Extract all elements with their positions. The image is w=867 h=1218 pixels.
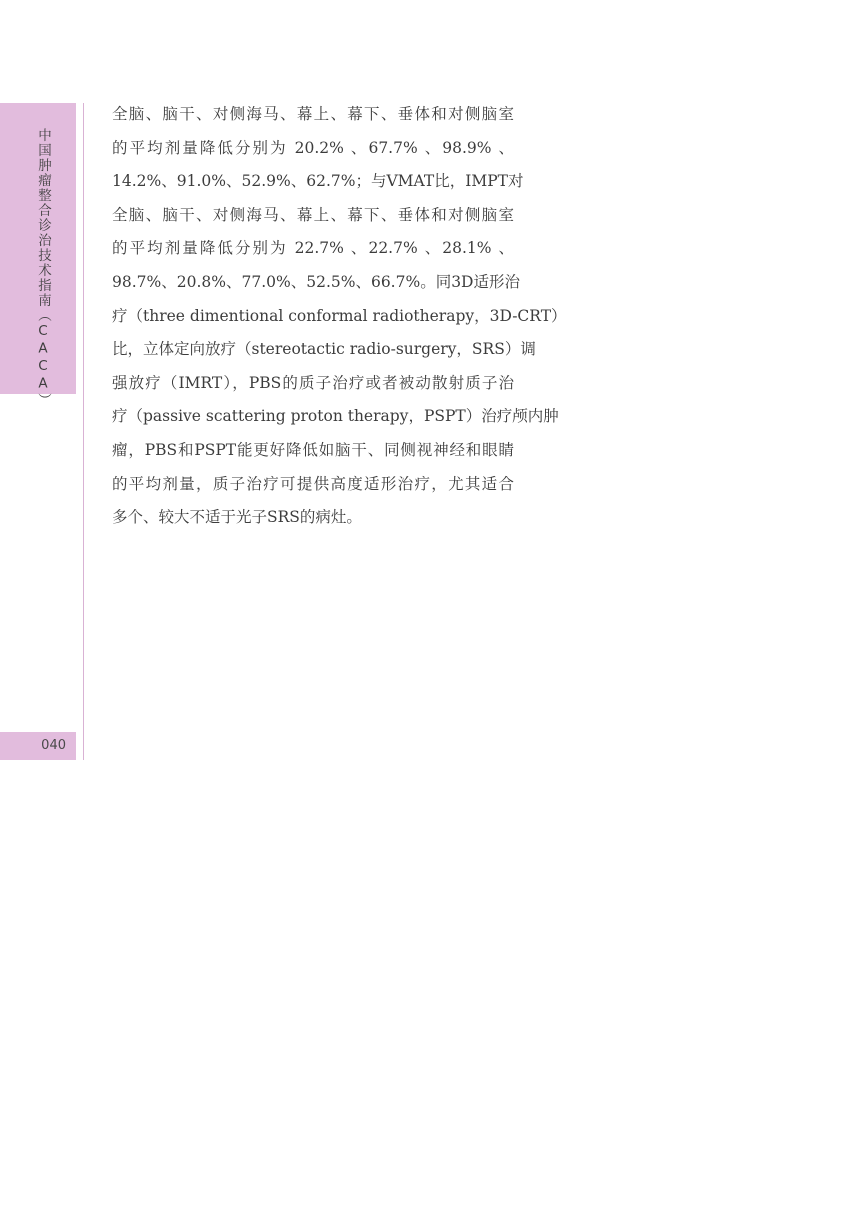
- text-line: 全脑、脑干、对侧海马、幕上、幕下、垂体和对侧脑室: [112, 199, 514, 233]
- text-line: 的平均剂量，质子治疗可提供高度适形治疗，尤其适合: [112, 468, 514, 502]
- text-line: 多个、较大不适于光子SRS的病灶。: [112, 501, 514, 535]
- text-line: 疗（passive scattering proton therapy，PSPT…: [112, 400, 514, 434]
- text-line: 强放疗（IMRT），PBS的质子治疗或者被动散射质子治: [112, 367, 514, 401]
- text-line: 全脑、脑干、对侧海马、幕上、幕下、垂体和对侧脑室: [112, 98, 514, 132]
- section-title: 中国肿瘤整合诊治技术指南（CACA）: [34, 128, 52, 408]
- text-line: 的平均剂量降低分别为 20.2% 、67.7% 、98.9% 、: [112, 132, 514, 166]
- text-line: 14.2%、91.0%、52.9%、62.7%；与VMAT比，IMPT对: [112, 165, 514, 199]
- text-line: 的平均剂量降低分别为 22.7% 、22.7% 、28.1% 、: [112, 232, 514, 266]
- margin-divider: [83, 103, 84, 760]
- page-number-box: 040: [0, 732, 76, 760]
- text-line: 比，立体定向放疗（stereotactic radio-surgery，SRS）…: [112, 333, 514, 367]
- text-line: 98.7%、20.8%、77.0%、52.5%、66.7%。同3D适形治: [112, 266, 514, 300]
- body-paragraph: 全脑、脑干、对侧海马、幕上、幕下、垂体和对侧脑室 的平均剂量降低分别为 20.2…: [112, 98, 514, 535]
- text-line: 疗（three dimentional conformal radiothera…: [112, 300, 514, 334]
- page-number: 040: [41, 738, 66, 753]
- text-line: 瘤，PBS和PSPT能更好降低如脑干、同侧视神经和眼睛: [112, 434, 514, 468]
